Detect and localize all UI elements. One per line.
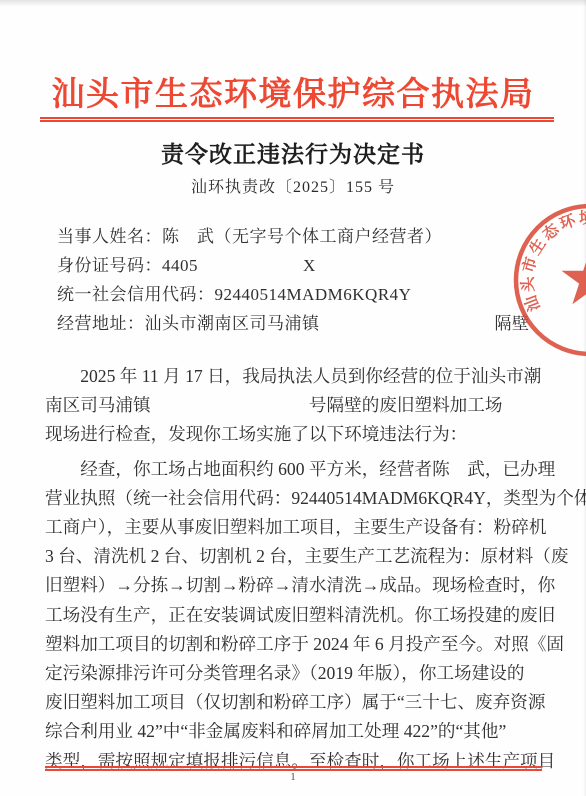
body-line: 塑料加工项目的切割和粉碎工序于 2024 年 6 月投产至今。对照《固	[45, 630, 545, 659]
body-line: 3 台、清洗机 2 台、切割机 2 台，主要生产工艺流程为：原材料（废	[45, 542, 545, 571]
body-line: 经查，你工场占地面积约 600 平方米，经营者陈 武，已办理	[45, 455, 545, 484]
party-info: 当事人姓名：陈 武（无字号个体工商户经营者）身份证号码：4405 X统一社会信用…	[57, 222, 530, 338]
party-info-line: 身份证号码：4405 X	[57, 251, 530, 280]
body-line: 综合利用业 42”中“非金属废料和碎屑加工处理 422”的“其他”	[45, 717, 545, 746]
body-paragraph: 2025 年 11 月 17 日，我局执法人员到你经营的位于汕头市潮南区司马浦镇…	[45, 362, 545, 450]
body-line: 废旧塑料加工项目（仅切割和粉碎工序）属于“三十七、废弃资源	[45, 688, 545, 717]
header-rule	[40, 117, 554, 122]
body-line: 旧塑料）→分拣→切割→粉碎→清水清洗→成品。现场检查时，你	[45, 571, 545, 600]
document-page: 汕头市生态环境保护综合执法局 责令改正违法行为决定书 汕环执责改〔2025〕15…	[0, 0, 586, 796]
page-number: 1	[0, 772, 586, 783]
document-title: 责令改正违法行为决定书	[0, 136, 586, 169]
body-paragraph: 经查，你工场占地面积约 600 平方米，经营者陈 武，已办理营业执照（统一社会信…	[45, 455, 545, 776]
body-line: 定污染源排污许可分类管理名录》（2019 年版），你工场建设的	[45, 659, 545, 688]
party-info-line: 当事人姓名：陈 武（无字号个体工商户经营者）	[57, 222, 530, 251]
body-line: 南区司马浦镇 号隔壁的废旧塑料加工场	[45, 391, 545, 420]
footer-rule	[45, 766, 542, 771]
seal-star	[562, 250, 586, 304]
body-line: 2025 年 11 月 17 日，我局执法人员到你经营的位于汕头市潮	[45, 362, 545, 391]
agency-title: 汕头市生态环境保护综合执法局	[0, 68, 586, 115]
body-line: 工场没有生产，正在安装调试废旧塑料清洗机。你工场投建的废旧	[45, 601, 545, 630]
body-line: 工商户），主要从事废旧塑料加工项目，主要生产设备有：粉碎机	[45, 513, 545, 542]
body-line: 营业执照（统一社会信用代码：92440514MADM6KQR4Y，类型为个体	[45, 484, 545, 513]
party-info-line: 统一社会信用代码：92440514MADM6KQR4Y	[57, 280, 530, 309]
document-body: 2025 年 11 月 17 日，我局执法人员到你经营的位于汕头市潮南区司马浦镇…	[45, 362, 545, 776]
official-seal: 汕头市生态环境保护综合执法局	[505, 195, 586, 375]
party-info-line: 经营地址：汕头市潮南区司马浦镇 隔壁	[57, 309, 530, 338]
scan-top-edge	[0, 0, 586, 6]
body-line: 现场进行检查，发现你工场实施了以下环境违法行为：	[45, 420, 545, 449]
document-number: 汕环执责改〔2025〕155 号	[0, 174, 586, 197]
